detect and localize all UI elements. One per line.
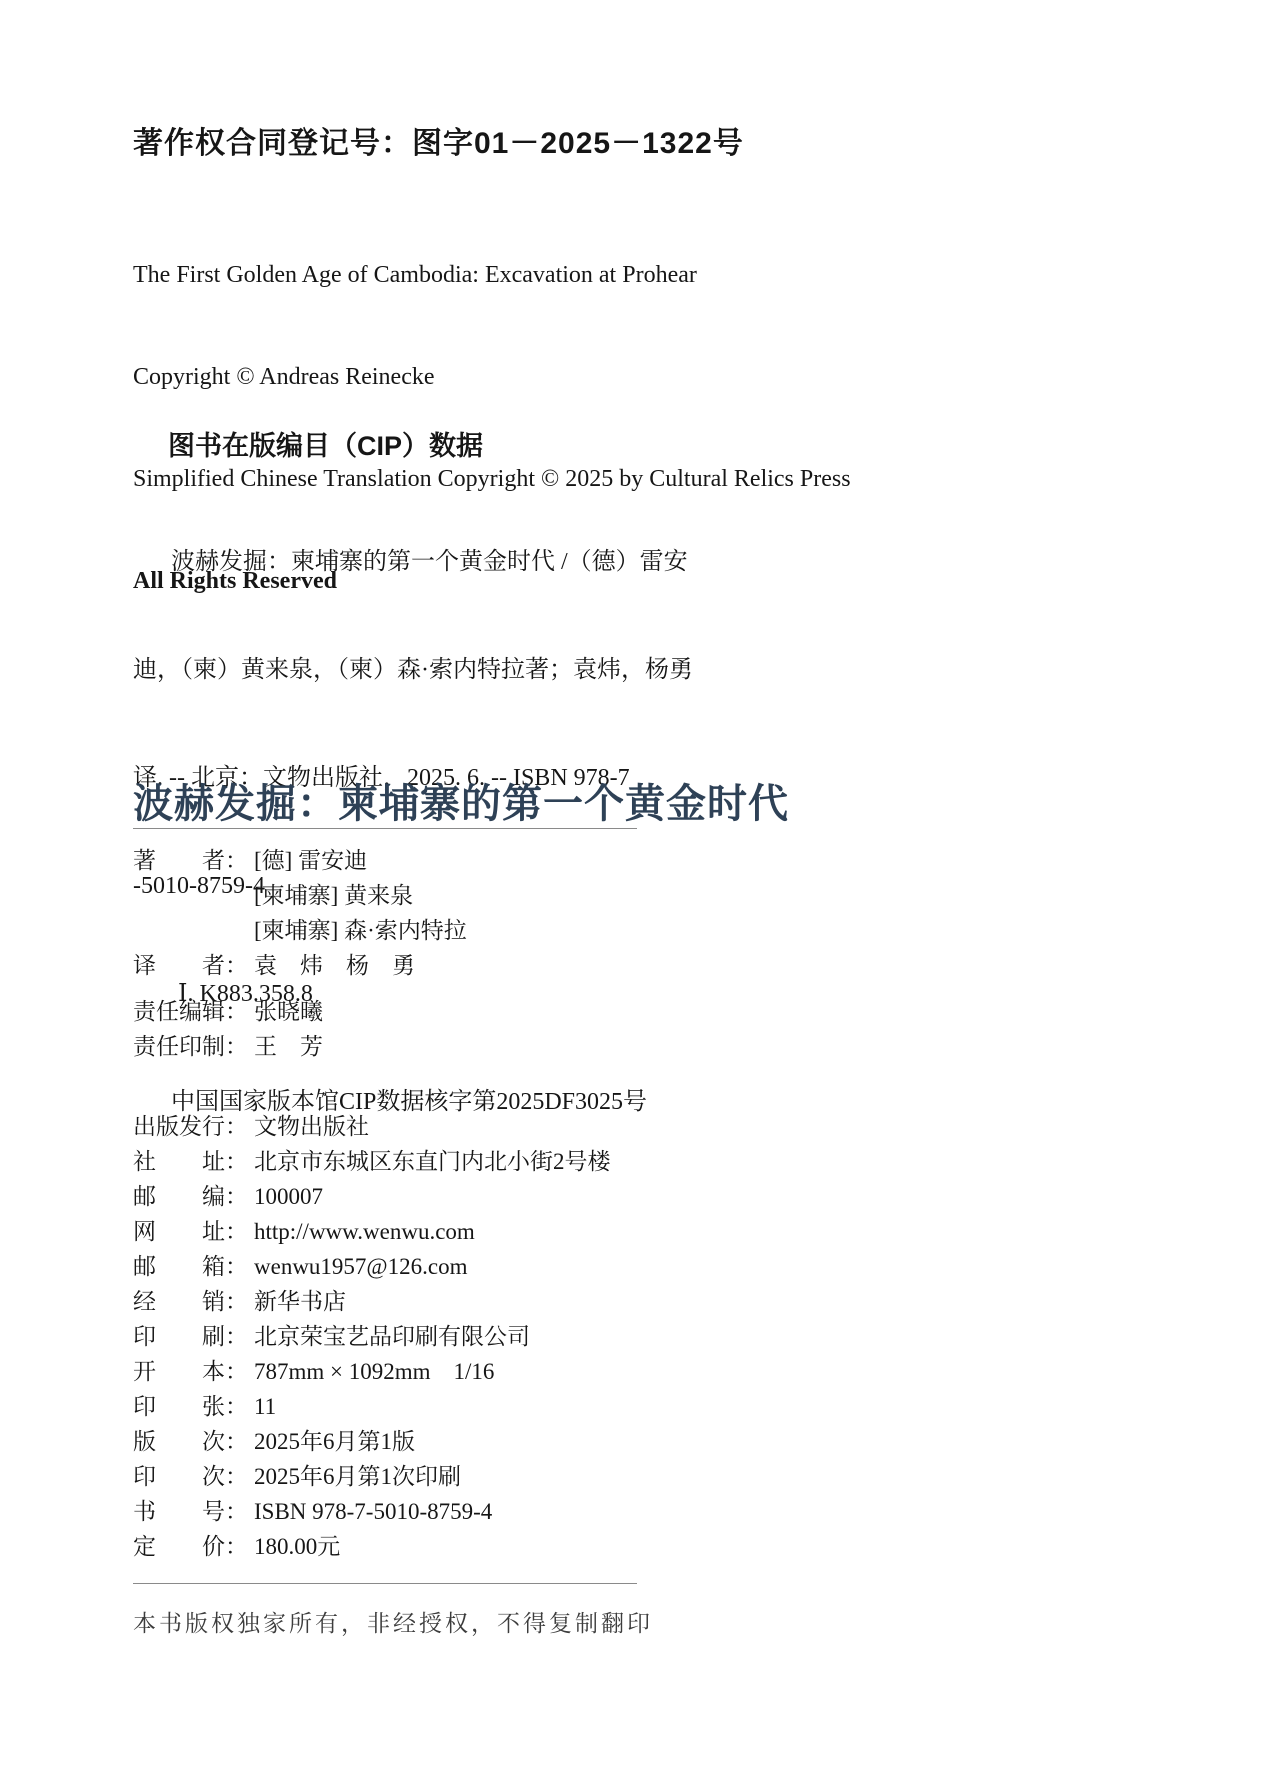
row-value: http://www.wenwu.com bbox=[254, 1214, 475, 1249]
row-label: 邮 编： bbox=[133, 1179, 248, 1214]
cip-line: 波赫发掘：柬埔寨的第一个黄金时代 /（德）雷安 bbox=[133, 544, 693, 580]
colophon-row-managing-editor: 责任编辑： 张晓曦 bbox=[133, 994, 611, 1029]
copyright-holder-line: Copyright © Andreas Reinecke bbox=[133, 360, 851, 394]
colophon-row-edition: 版 次： 2025年6月第1版 bbox=[133, 1424, 611, 1459]
row-value: [柬埔寨] 森·索内特拉 bbox=[254, 913, 467, 948]
row-label: 邮 箱： bbox=[133, 1249, 248, 1284]
row-label: 责任编辑： bbox=[133, 994, 248, 1029]
colophon-row-sheets: 印 张： 11 bbox=[133, 1389, 611, 1424]
book-title: 波赫发掘：柬埔寨的第一个黄金时代 bbox=[133, 772, 789, 829]
row-value: [柬埔寨] 黄来泉 bbox=[254, 878, 413, 913]
row-value: 王 芳 bbox=[254, 1029, 323, 1064]
colophon-row-author-3: [柬埔寨] 森·索内特拉 bbox=[133, 913, 611, 948]
row-value: 787mm × 1092mm 1/16 bbox=[254, 1354, 494, 1389]
row-value: 2025年6月第1次印刷 bbox=[254, 1459, 461, 1494]
row-value: wenwu1957@126.com bbox=[254, 1249, 467, 1284]
footer-divider bbox=[133, 1583, 637, 1584]
row-label: 经 销： bbox=[133, 1284, 248, 1319]
row-value: 100007 bbox=[254, 1179, 323, 1214]
row-label: 出版发行： bbox=[133, 1109, 248, 1144]
row-value: 袁 炜 杨 勇 bbox=[254, 948, 415, 983]
colophon-list: 著 者： [德] 雷安迪 [柬埔寨] 黄来泉 [柬埔寨] 森·索内特拉 译 者：… bbox=[133, 843, 611, 1564]
colophon-row-impression: 印 次： 2025年6月第1次印刷 bbox=[133, 1459, 611, 1494]
colophon-row-website: 网 址： http://www.wenwu.com bbox=[133, 1214, 611, 1249]
row-value: ISBN 978-7-5010-8759-4 bbox=[254, 1494, 492, 1529]
colophon-row-printer: 印 刷： 北京荣宝艺品印刷有限公司 bbox=[133, 1319, 611, 1354]
colophon-row-postcode: 邮 编： 100007 bbox=[133, 1179, 611, 1214]
colophon-row-print-supervisor: 责任印制： 王 芳 bbox=[133, 1029, 611, 1064]
title-divider bbox=[133, 828, 637, 829]
row-value: 北京市东城区东直门内北小街2号楼 bbox=[254, 1144, 611, 1179]
row-label: 印 刷： bbox=[133, 1319, 248, 1354]
colophon-row-email: 邮 箱： wenwu1957@126.com bbox=[133, 1249, 611, 1284]
row-value: 北京荣宝艺品印刷有限公司 bbox=[254, 1319, 530, 1354]
row-label: 开 本： bbox=[133, 1354, 248, 1389]
row-value: 180.00元 bbox=[254, 1529, 340, 1564]
colophon-row-author: 著 者： [德] 雷安迪 bbox=[133, 843, 611, 878]
row-label bbox=[133, 878, 248, 913]
row-value: 2025年6月第1版 bbox=[254, 1424, 415, 1459]
row-label: 印 次： bbox=[133, 1459, 248, 1494]
colophon-row-author-2: [柬埔寨] 黄来泉 bbox=[133, 878, 611, 913]
colophon-row-publisher: 出版发行： 文物出版社 bbox=[133, 1109, 611, 1144]
row-label: 网 址： bbox=[133, 1214, 248, 1249]
colophon-row-price: 定 价： 180.00元 bbox=[133, 1529, 611, 1564]
row-label: 定 价： bbox=[133, 1529, 248, 1564]
row-value: 文物出版社 bbox=[254, 1109, 369, 1144]
row-label: 社 址： bbox=[133, 1144, 248, 1179]
colophon-row-format: 开 本： 787mm × 1092mm 1/16 bbox=[133, 1354, 611, 1389]
copyright-warning: 本书版权独家所有，非经授权，不得复制翻印 bbox=[133, 1605, 653, 1638]
colophon-row-isbn: 书 号： ISBN 978-7-5010-8759-4 bbox=[133, 1494, 611, 1529]
colophon-row-translator: 译 者： 袁 炜 杨 勇 bbox=[133, 948, 611, 983]
row-label: 版 次： bbox=[133, 1424, 248, 1459]
row-label: 著 者： bbox=[133, 843, 248, 878]
row-label: 印 张： bbox=[133, 1389, 248, 1424]
original-title-line: The First Golden Age of Cambodia: Excava… bbox=[133, 258, 851, 292]
row-label: 书 号： bbox=[133, 1494, 248, 1529]
row-label: 责任印制： bbox=[133, 1029, 248, 1064]
row-label: 译 者： bbox=[133, 948, 248, 983]
colophon-row-distributor: 经 销： 新华书店 bbox=[133, 1284, 611, 1319]
colophon-row-address: 社 址： 北京市东城区东直门内北小街2号楼 bbox=[133, 1144, 611, 1179]
row-value: 张晓曦 bbox=[254, 994, 323, 1029]
row-value: 11 bbox=[254, 1389, 276, 1424]
row-value: 新华书店 bbox=[254, 1284, 346, 1319]
cip-heading: 图书在版编目（CIP）数据 bbox=[168, 424, 483, 463]
row-label bbox=[133, 913, 248, 948]
copyright-registration-number: 著作权合同登记号：图字01－2025－1322号 bbox=[133, 118, 744, 162]
book-copyright-page: 著作权合同登记号：图字01－2025－1322号 The First Golde… bbox=[0, 0, 1267, 1781]
cip-line: 迪，（柬）黄来泉，（柬）森·索内特拉著；袁炜，杨勇 bbox=[133, 652, 693, 688]
row-value: [德] 雷安迪 bbox=[254, 843, 367, 878]
